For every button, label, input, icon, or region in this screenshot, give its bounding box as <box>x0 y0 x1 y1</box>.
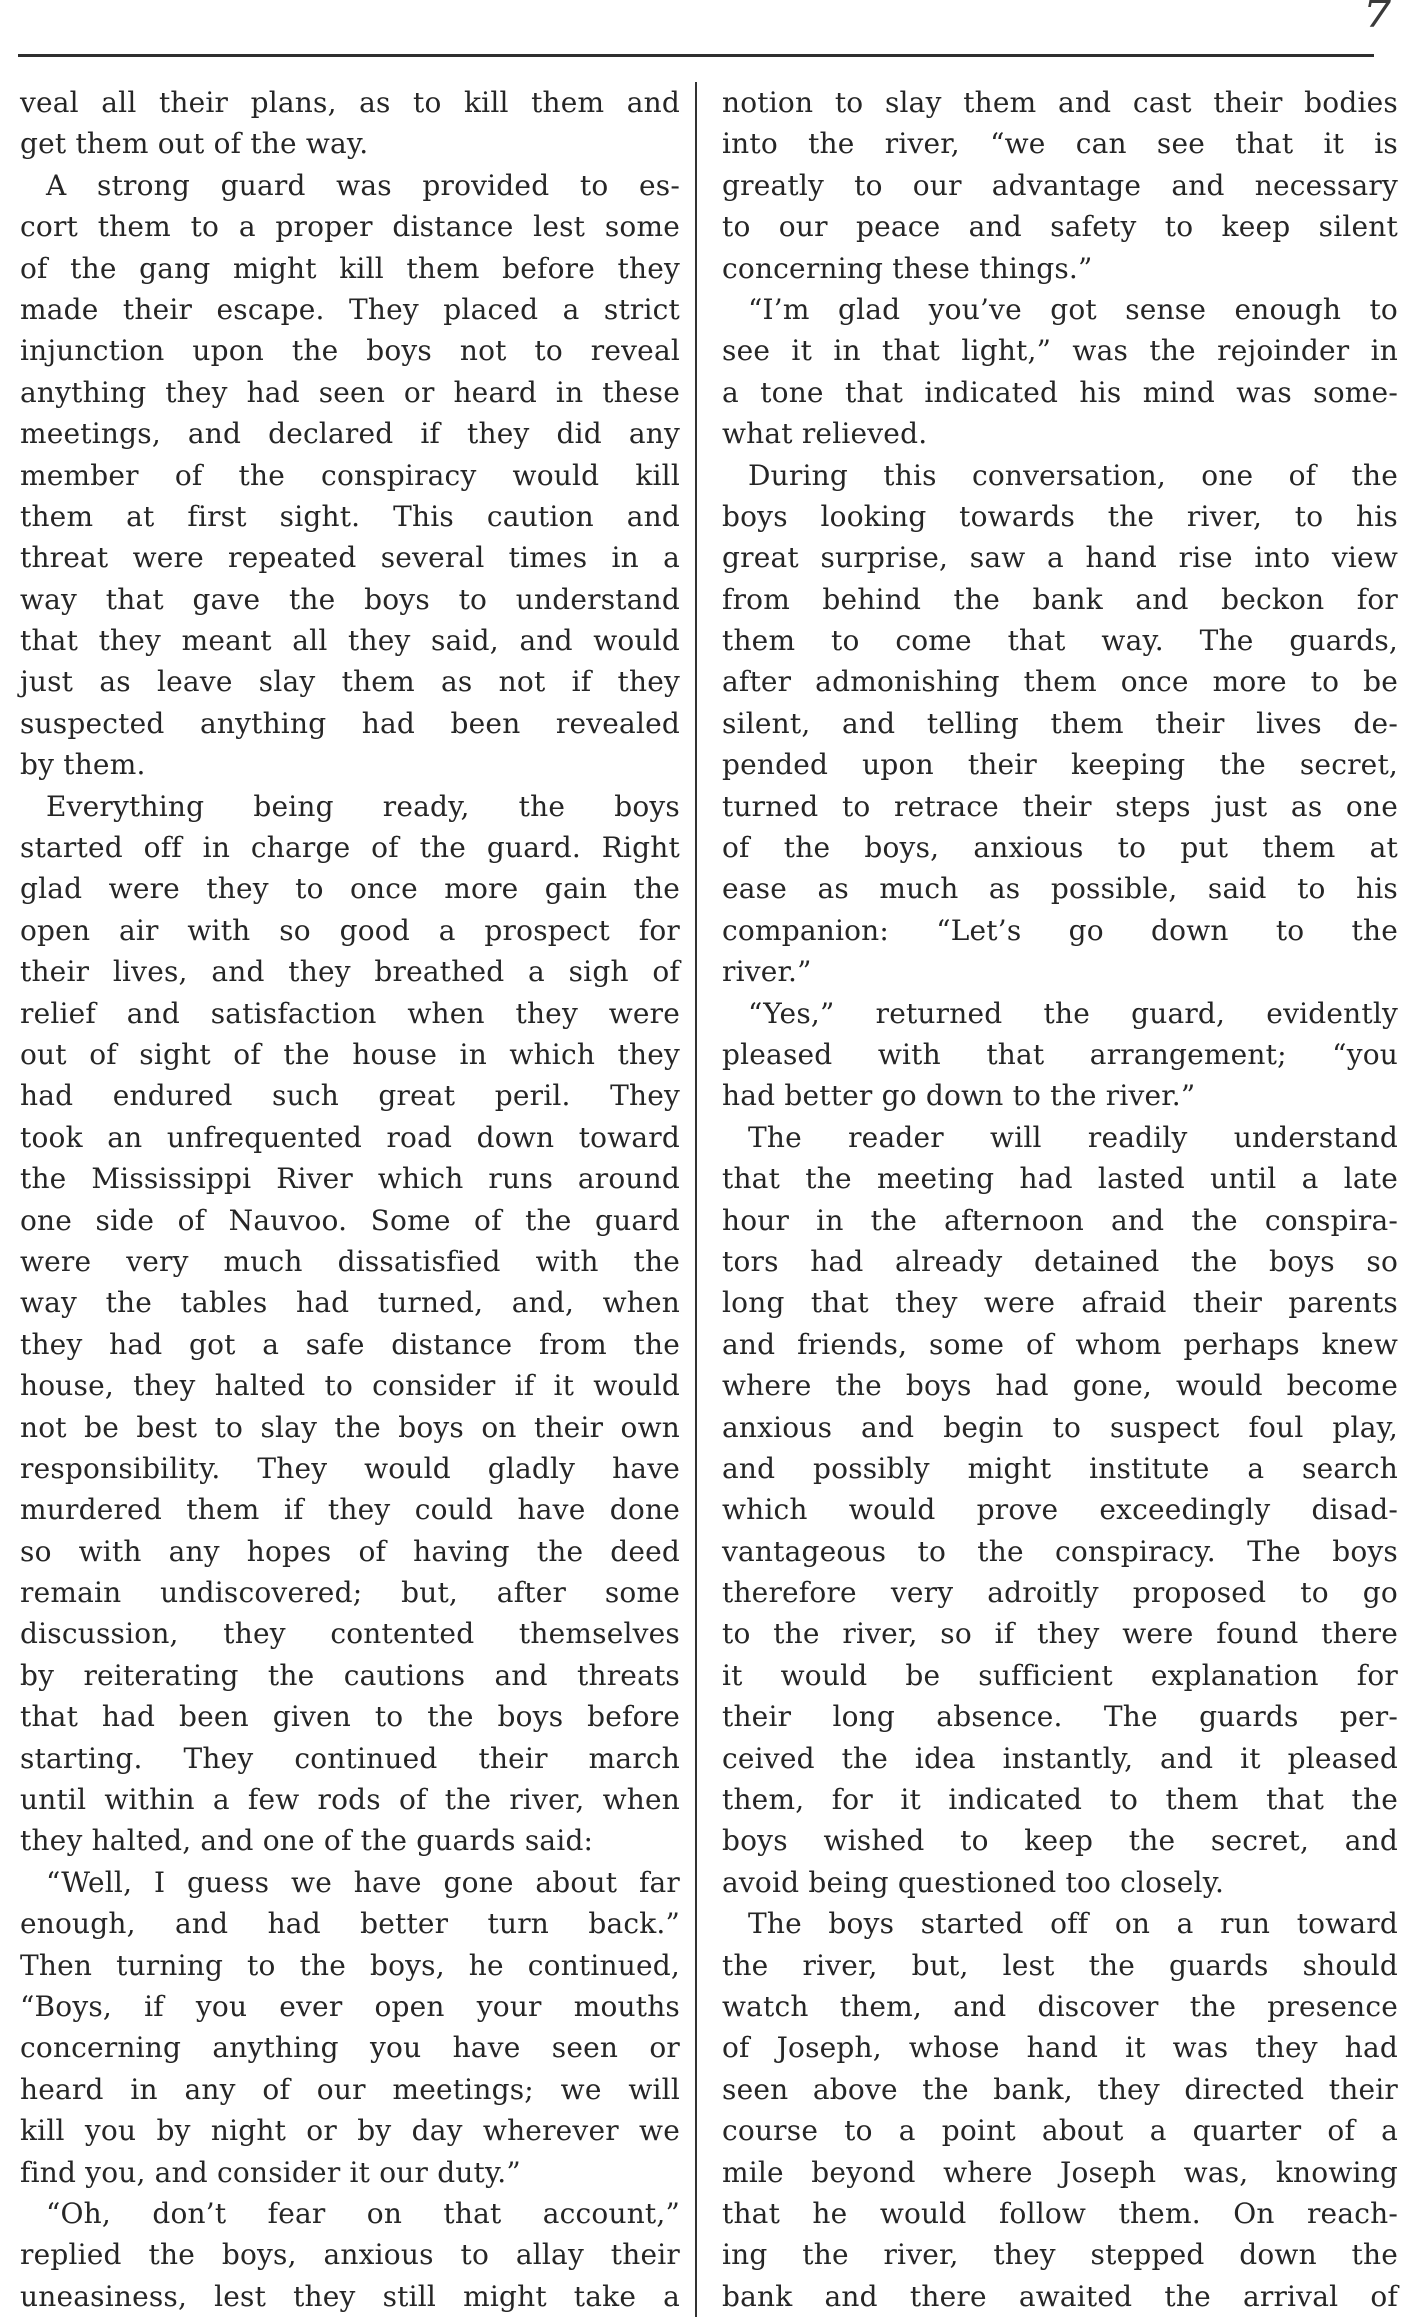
text-line: from behind the bank and beckon for <box>722 579 1398 620</box>
text-line: “I’m glad you’ve got sense enough to <box>722 289 1398 330</box>
text-line: heard in any of our meetings; we will <box>20 2069 680 2110</box>
text-line: find you, and consider it our duty.” <box>20 2152 680 2193</box>
right-column: notion to slay them and cast their bodie… <box>722 82 1398 2317</box>
text-line: ceived the idea instantly, and it please… <box>722 1738 1398 1779</box>
text-line: what relieved. <box>722 413 1398 454</box>
text-line: see it in that light,” was the rejoinder… <box>722 330 1398 371</box>
text-line: out of sight of the house in which they <box>20 1034 680 1075</box>
header-rule <box>18 54 1374 57</box>
text-line: until within a few rods of the river, wh… <box>20 1779 680 1820</box>
text-line: injunction upon the boys not to reveal <box>20 330 680 371</box>
text-line: tors had already detained the boys so <box>722 1241 1398 1282</box>
left-column: veal all their plans, as to kill them an… <box>20 82 680 2317</box>
text-line: Then turning to the boys, he continued, <box>20 1945 680 1986</box>
text-line: by reiterating the cautions and threats <box>20 1655 680 1696</box>
text-line: concerning anything you have seen or <box>20 2027 680 2068</box>
text-line: murdered them if they could have done <box>20 1489 680 1530</box>
text-line: The reader will readily understand <box>722 1117 1398 1158</box>
text-line: During this conversation, one of the <box>722 455 1398 496</box>
text-line: greatly to our advantage and necessary <box>722 165 1398 206</box>
text-line: they had got a safe distance from the <box>20 1324 680 1365</box>
text-line: so with any hopes of having the deed <box>20 1531 680 1572</box>
text-line: not be best to slay the boys on their ow… <box>20 1407 680 1448</box>
text-line: silent, and telling them their lives de- <box>722 703 1398 744</box>
text-line: kill you by night or by day wherever we <box>20 2110 680 2151</box>
text-line: “Oh, don’t fear on that account,” <box>20 2193 680 2234</box>
text-line: get them out of the way. <box>20 123 680 164</box>
text-line: starting. They continued their march <box>20 1738 680 1779</box>
text-line: suspected anything had been revealed <box>20 703 680 744</box>
text-line: relief and satisfaction when they were <box>20 993 680 1034</box>
text-line: “Yes,” returned the guard, evidently <box>722 993 1398 1034</box>
text-line: boys wished to keep the secret, and <box>722 1820 1398 1861</box>
text-line: it would be sufficient explanation for <box>722 1655 1398 1696</box>
text-line: avoid being questioned too closely. <box>722 1862 1398 1903</box>
text-line: that the meeting had lasted until a late <box>722 1158 1398 1199</box>
text-line: cort them to a proper distance lest some <box>20 206 680 247</box>
text-line: concerning these things.” <box>722 248 1398 289</box>
text-line: river.” <box>722 951 1398 992</box>
text-line: anything they had seen or heard in these <box>20 372 680 413</box>
text-line: therefore very adroitly proposed to go <box>722 1572 1398 1613</box>
text-line: into the river, “we can see that it is <box>722 123 1398 164</box>
text-line: that they meant all they said, and would <box>20 620 680 661</box>
text-line: house, they halted to consider if it wou… <box>20 1365 680 1406</box>
text-line: after admonishing them once more to be <box>722 661 1398 702</box>
text-line: way that gave the boys to understand <box>20 579 680 620</box>
text-line: of the boys, anxious to put them at <box>722 827 1398 868</box>
text-line: by them. <box>20 744 680 785</box>
text-line: notion to slay them and cast their bodie… <box>722 82 1398 123</box>
text-line: long that they were afraid their parents <box>722 1282 1398 1323</box>
text-line: enough, and had better turn back.” <box>20 1903 680 1944</box>
column-divider <box>695 82 697 2317</box>
text-line: mile beyond where Joseph was, knowing <box>722 2152 1398 2193</box>
text-line: which would prove exceedingly disad- <box>722 1489 1398 1530</box>
text-line: and friends, some of whom perhaps knew <box>722 1324 1398 1365</box>
text-line: seen above the bank, they directed their <box>722 2069 1398 2110</box>
text-line: started off in charge of the guard. Righ… <box>20 827 680 868</box>
text-line: glad were they to once more gain the <box>20 868 680 909</box>
text-line: course to a point about a quarter of a <box>722 2110 1398 2151</box>
text-line: had better go down to the river.” <box>722 1075 1398 1116</box>
text-line: took an unfrequented road down toward <box>20 1117 680 1158</box>
text-line: their long absence. The guards per- <box>722 1696 1398 1737</box>
text-line: to the river, so if they were found ther… <box>722 1613 1398 1654</box>
text-line: A strong guard was provided to es- <box>20 165 680 206</box>
text-line: “Well, I guess we have gone about far <box>20 1862 680 1903</box>
page-number: 7 <box>1364 0 1392 34</box>
text-line: and possibly might institute a search <box>722 1448 1398 1489</box>
text-line: of the gang might kill them before they <box>20 248 680 289</box>
text-line: a tone that indicated his mind was some- <box>722 372 1398 413</box>
text-line: discussion, they contented themselves <box>20 1613 680 1654</box>
text-line: of Joseph, whose hand it was they had <box>722 2027 1398 2068</box>
text-line: the river, but, lest the guards should <box>722 1945 1398 1986</box>
text-line: one side of Nauvoo. Some of the guard <box>20 1200 680 1241</box>
text-line: bank and there awaited the arrival of <box>722 2276 1398 2317</box>
text-line: Everything being ready, the boys <box>20 786 680 827</box>
text-line: to our peace and safety to keep silent <box>722 206 1398 247</box>
text-line: way the tables had turned, and, when <box>20 1282 680 1323</box>
text-line: they halted, and one of the guards said: <box>20 1820 680 1861</box>
text-line: vantageous to the conspiracy. The boys <box>722 1531 1398 1572</box>
text-line: them, for it indicated to them that the <box>722 1779 1398 1820</box>
text-line: their lives, and they breathed a sigh of <box>20 951 680 992</box>
text-line: watch them, and discover the presence <box>722 1986 1398 2027</box>
text-line: companion: “Let’s go down to the <box>722 910 1398 951</box>
text-line: open air with so good a prospect for <box>20 910 680 951</box>
text-line: responsibility. They would gladly have <box>20 1448 680 1489</box>
text-line: “Boys, if you ever open your mouths <box>20 1986 680 2027</box>
text-line: that had been given to the boys before <box>20 1696 680 1737</box>
text-line: great surprise, saw a hand rise into vie… <box>722 537 1398 578</box>
text-line: them to come that way. The guards, <box>722 620 1398 661</box>
text-line: were very much dissatisfied with the <box>20 1241 680 1282</box>
text-line: ease as much as possible, said to his <box>722 868 1398 909</box>
text-line: them at first sight. This caution and <box>20 496 680 537</box>
text-line: boys looking towards the river, to his <box>722 496 1398 537</box>
text-line: turned to retrace their steps just as on… <box>722 786 1398 827</box>
text-line: pleased with that arrangement; “you <box>722 1034 1398 1075</box>
text-line: made their escape. They placed a strict <box>20 289 680 330</box>
text-line: ing the river, they stepped down the <box>722 2234 1398 2275</box>
text-line: The boys started off on a run toward <box>722 1903 1398 1944</box>
text-line: meetings, and declared if they did any <box>20 413 680 454</box>
text-line: threat were repeated several times in a <box>20 537 680 578</box>
text-line: just as leave slay them as not if they <box>20 661 680 702</box>
text-line: the Mississippi River which runs around <box>20 1158 680 1199</box>
text-line: remain undiscovered; but, after some <box>20 1572 680 1613</box>
text-line: veal all their plans, as to kill them an… <box>20 82 680 123</box>
text-line: pended upon their keeping the secret, <box>722 744 1398 785</box>
text-line: member of the conspiracy would kill <box>20 455 680 496</box>
text-line: uneasiness, lest they still might take a <box>20 2276 680 2317</box>
text-line: had endured such great peril. They <box>20 1075 680 1116</box>
text-line: anxious and begin to suspect foul play, <box>722 1407 1398 1448</box>
text-line: hour in the afternoon and the conspira- <box>722 1200 1398 1241</box>
text-line: where the boys had gone, would become <box>722 1365 1398 1406</box>
text-line: that he would follow them. On reach- <box>722 2193 1398 2234</box>
text-line: replied the boys, anxious to allay their <box>20 2234 680 2275</box>
